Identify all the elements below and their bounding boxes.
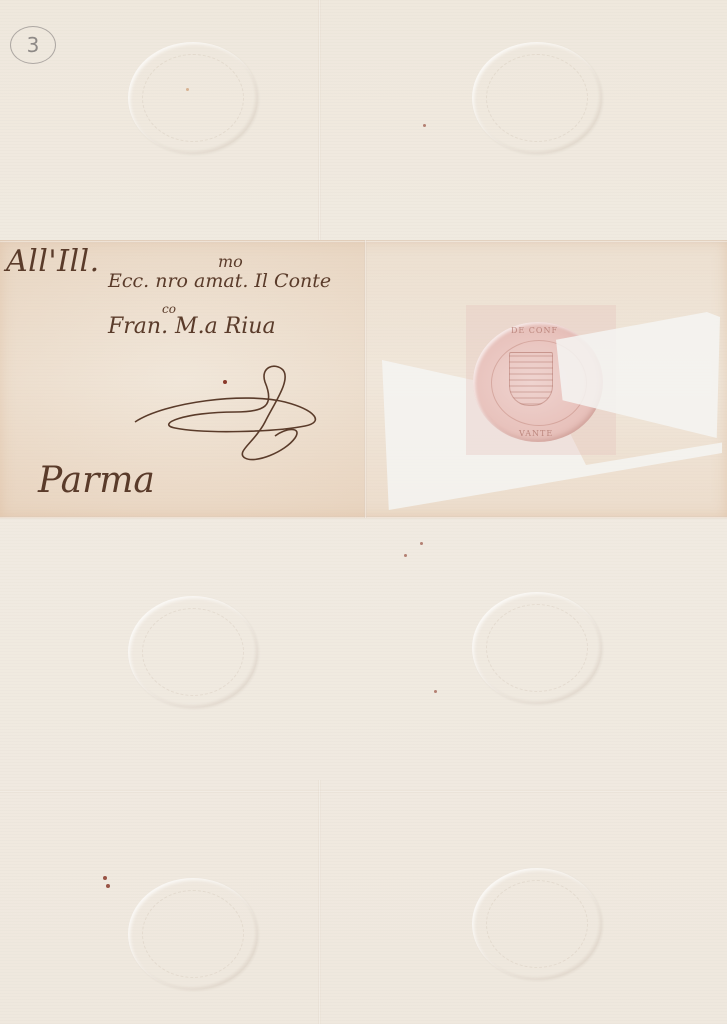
ink-stain xyxy=(434,690,437,693)
embossed-stamp-mid-right xyxy=(472,592,602,704)
address-city: Parma xyxy=(38,460,155,501)
ink-stain xyxy=(186,88,189,91)
address-line-1: All'Ill. xyxy=(6,244,100,279)
seal-legend-bottom: VANTE xyxy=(519,429,553,438)
page-number-mark: 3 xyxy=(10,26,56,64)
embossed-stamp-bottom-left xyxy=(128,878,258,990)
flourish-signature-icon xyxy=(125,362,345,472)
fold-line xyxy=(318,0,321,240)
ink-stain xyxy=(404,554,407,557)
ink-stain xyxy=(106,884,110,888)
address-line-1-continued: Ecc. nro amat. Il Conte xyxy=(108,270,331,292)
embossed-stamp-mid-left xyxy=(128,596,258,708)
address-line-2: Fran. M.a Riua xyxy=(108,314,276,339)
fold-line xyxy=(318,780,321,1024)
embossed-stamp-bottom-right xyxy=(472,868,602,980)
ink-stain xyxy=(103,876,107,880)
fold-line xyxy=(0,790,727,793)
address-line-1-superscript: mo xyxy=(218,252,243,271)
seal-legend-top: DE CONF xyxy=(511,326,558,335)
embossed-stamp-top-left xyxy=(128,42,258,154)
fold-line xyxy=(364,240,367,518)
coat-of-arms-icon xyxy=(509,352,553,406)
ink-stain xyxy=(423,124,426,127)
embossed-stamp-top-right xyxy=(472,42,602,154)
ink-stain xyxy=(420,542,423,545)
letter-sheet: DE CONF VANTE 3 All'Ill. mo Ecc. nro ama… xyxy=(0,0,727,1024)
